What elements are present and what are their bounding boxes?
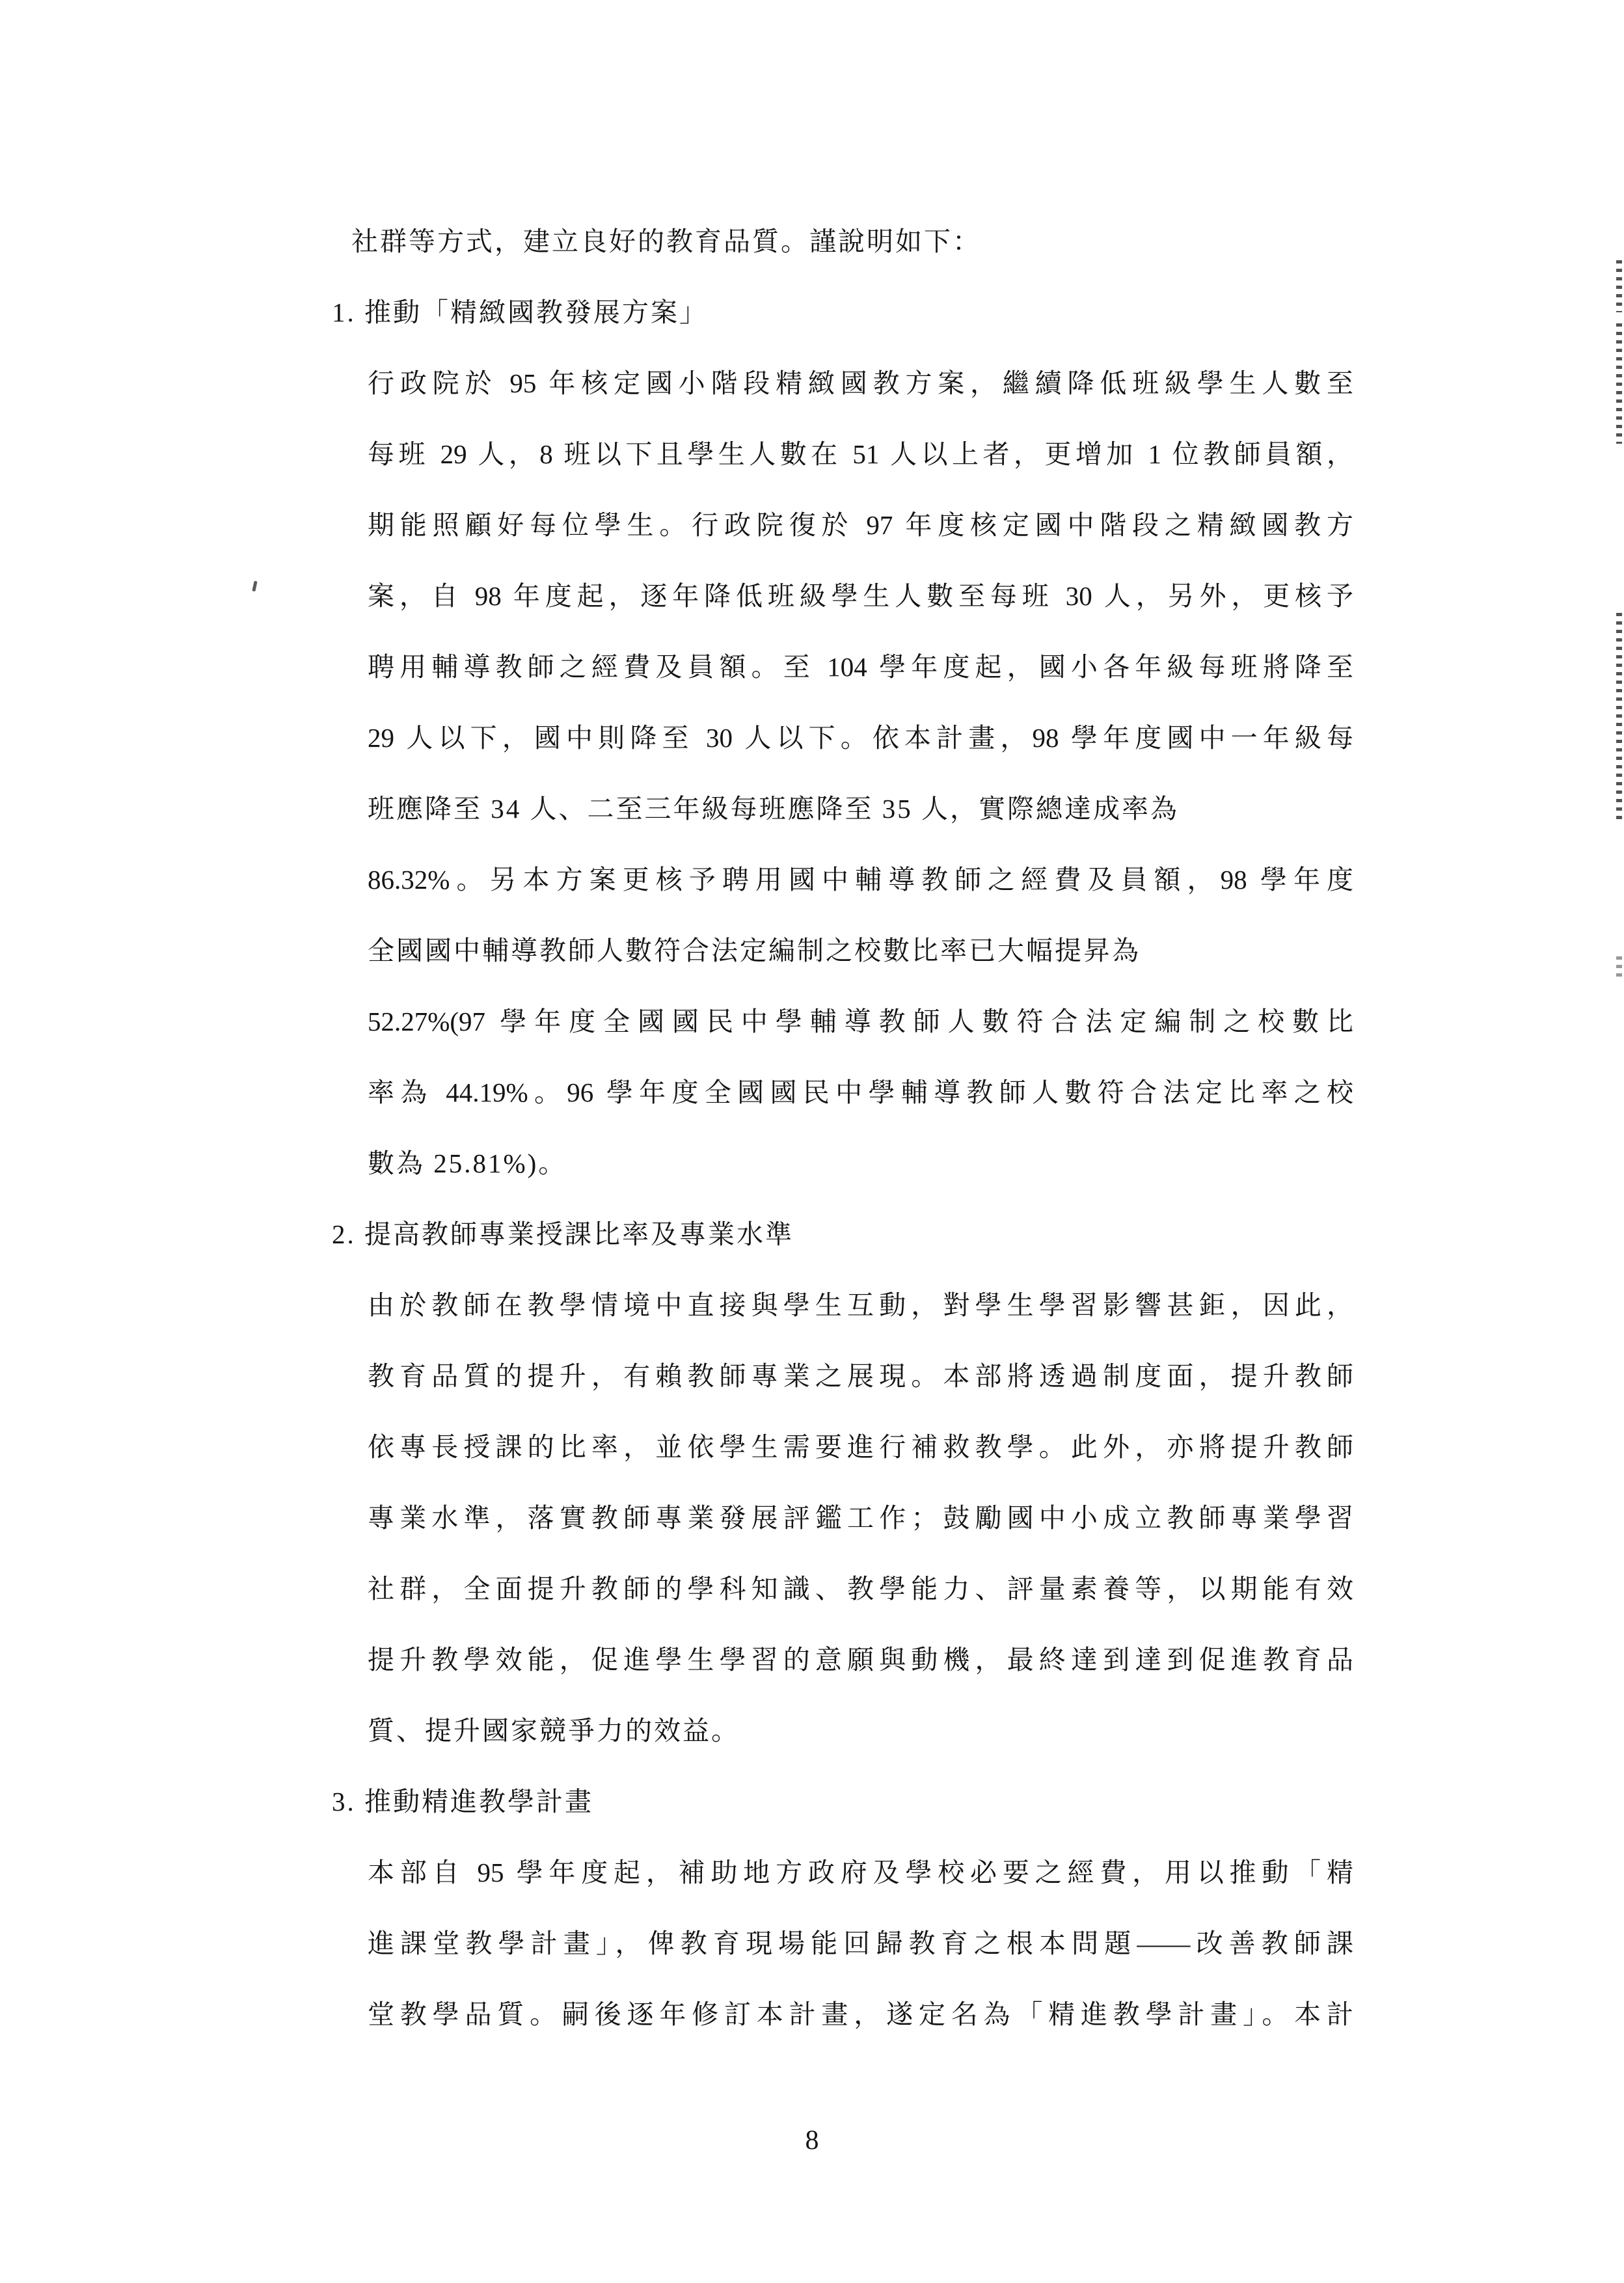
text-line: 依專長授課的比率，並依學生需要進行補救教學。此外，亦將提升教師 (332, 1412, 1353, 1483)
text-line: 堂教學品質。嗣後逐年修訂本計畫，遂定名為「精進教學計畫」。本計 (332, 1979, 1353, 2050)
text-line: 3. 推動精進教學計畫 (332, 1766, 1353, 1837)
text-line: 每班 29 人，8 班以下且學生人數在 51 人以上者，更增加 1 位教師員額， (332, 419, 1353, 490)
text-line: 率為 44.19%。96 學年度全國國民中學輔導教師人數符合法定比率之校 (332, 1057, 1353, 1128)
text-line: 專業水準，落實教師專業發展評鑑工作；鼓勵國中小成立教師專業學習 (332, 1483, 1353, 1554)
ink-speck-artifact (252, 581, 257, 592)
text-line: 由於教師在教學情境中直接與學生互動，對學生學習影響甚鉅，因此， (332, 1270, 1353, 1341)
text-line: 全國國中輔導教師人數符合法定編制之校數比率已大幅提昇為 (332, 915, 1353, 986)
text-line: 進課堂教學計畫」，俾教育現場能回歸教育之根本問題——改善教師課 (332, 1908, 1353, 1979)
text-line: 案，自 98 年度起，逐年降低班級學生人數至每班 30 人，另外，更核予 (332, 561, 1353, 632)
text-line: 數為 25.81%)。 (332, 1128, 1353, 1199)
scan-edge-artifact (1616, 956, 1622, 980)
text-line: 行政院於 95 年核定國小階段精緻國教方案，繼續降低班級學生人數至 (332, 348, 1353, 419)
text-line: 29 人以下，國中則降至 30 人以下。依本計畫，98 學年度國中一年級每 (332, 703, 1353, 774)
text-line: 班應降至 34 人、二至三年級每班應降至 35 人，實際總達成率為 (332, 774, 1353, 844)
text-line: 質、提升國家競爭力的效益。 (332, 1695, 1353, 1766)
text-line: 86.32%。另本方案更核予聘用國中輔導教師之經費及員額，98 學年度 (332, 844, 1353, 915)
scan-edge-artifact (1616, 613, 1622, 820)
text-line: 52.27%(97 學年度全國國民中學輔導教師人數符合法定編制之校數比 (332, 986, 1353, 1057)
scan-edge-artifact (1616, 323, 1622, 444)
text-line: 社群等方式，建立良好的教育品質。謹說明如下： (332, 206, 1353, 277)
page-number: 8 (0, 2114, 1624, 2167)
document-text-block: 社群等方式，建立良好的教育品質。謹說明如下：1. 推動「精緻國教發展方案」行政院… (332, 206, 1353, 2050)
text-line: 期能照顧好每位學生。行政院復於 97 年度核定國中階段之精緻國教方 (332, 490, 1353, 561)
text-line: 2. 提高教師專業授課比率及專業水準 (332, 1199, 1353, 1270)
text-line: 聘用輔導教師之經費及員額。至 104 學年度起，國小各年級每班將降至 (332, 632, 1353, 703)
scan-edge-artifact (1616, 260, 1622, 312)
text-line: 提升教學效能，促進學生學習的意願與動機，最終達到達到促進教育品 (332, 1625, 1353, 1695)
text-line: 本部自 95 學年度起，補助地方政府及學校必要之經費，用以推動「精 (332, 1837, 1353, 1908)
text-line: 社群，全面提升教師的學科知識、教學能力、評量素養等，以期能有效 (332, 1554, 1353, 1625)
text-line: 1. 推動「精緻國教發展方案」 (332, 277, 1353, 348)
scanned-document-page: 社群等方式，建立良好的教育品質。謹說明如下：1. 推動「精緻國教發展方案」行政院… (0, 0, 1624, 2283)
text-line: 教育品質的提升，有賴教師專業之展現。本部將透過制度面，提升教師 (332, 1341, 1353, 1412)
